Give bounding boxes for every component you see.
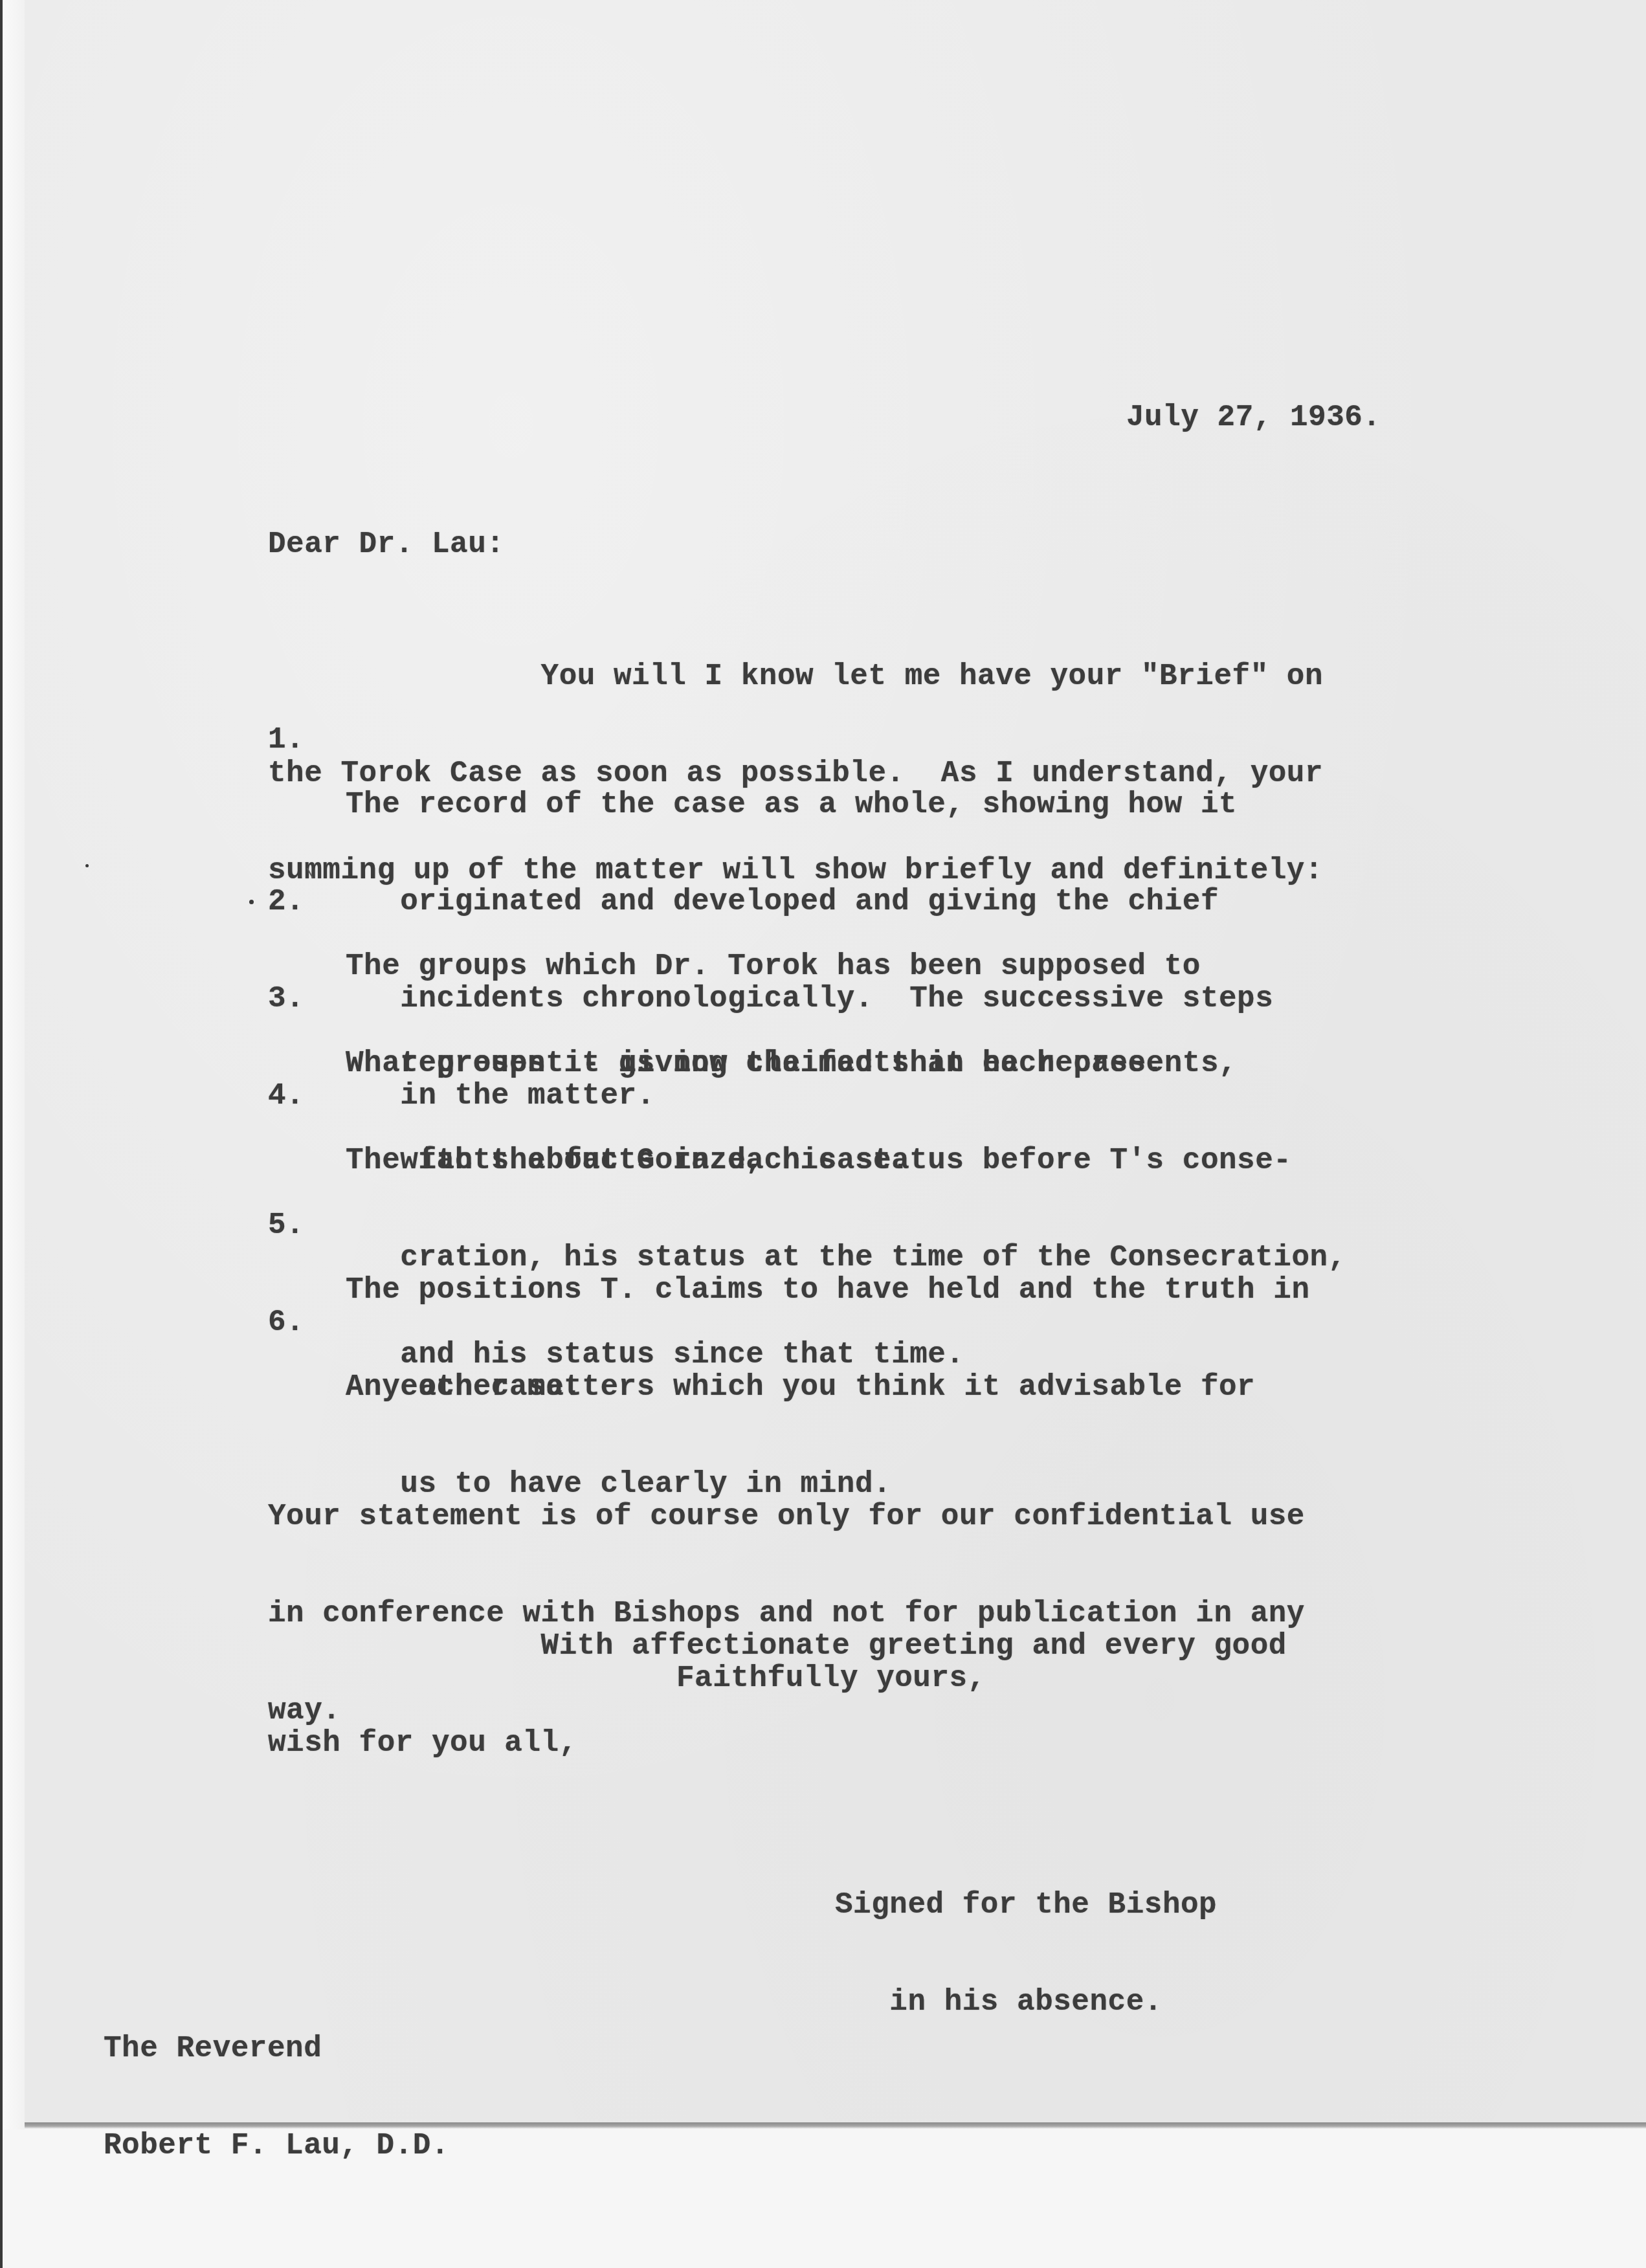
list-line: The positions T. claims to have held and… — [346, 1274, 1310, 1306]
list-number: 1. — [268, 724, 304, 756]
list-line: The facts about Gorazd, his status befor… — [346, 1144, 1346, 1177]
list-number: 6. — [268, 1306, 304, 1339]
salutation: Dear Dr. Lau: — [268, 528, 504, 561]
list-number: 4. — [268, 1080, 304, 1112]
list-number: 3. — [268, 983, 304, 1015]
signature-line: Signed for the Bishop — [835, 1889, 1217, 1921]
addressee-line: Robert F. Lau, D.D. — [104, 2129, 449, 2162]
paragraph-line: With affectionate greeting and every goo… — [268, 1630, 1287, 1662]
list-number: 2. — [268, 885, 304, 918]
list-line: What groups it is now claimed that he re… — [346, 1047, 1237, 1080]
signature-note: Signed for the Bishop in his absence. — [835, 1824, 1217, 2051]
addressee-line: The Reverend — [104, 2032, 449, 2065]
addressee-block: The Reverend Robert F. Lau, D.D. — [104, 1968, 449, 2194]
paragraph-line: wish for you all, — [268, 1727, 1287, 1759]
list-line: The groups which Dr. Torok has been supp… — [346, 950, 1201, 983]
intro-line: You will I know let me have your "Brief"… — [268, 660, 1323, 693]
list-line: Any other matters which you think it adv… — [346, 1371, 1255, 1403]
list-number: 5. — [268, 1209, 304, 1241]
list-line: The record of the case as a whole, showi… — [346, 788, 1273, 821]
closing: Faithfully yours, — [676, 1662, 986, 1695]
scan-margin — [3, 0, 25, 2129]
letter-date: July 27, 1936. — [1126, 401, 1381, 434]
paragraph-line: Your statement is of course only for our… — [268, 1500, 1305, 1533]
ink-speck — [85, 864, 89, 867]
signature-line: in his absence. — [835, 1986, 1217, 2018]
ink-speck — [249, 900, 254, 904]
